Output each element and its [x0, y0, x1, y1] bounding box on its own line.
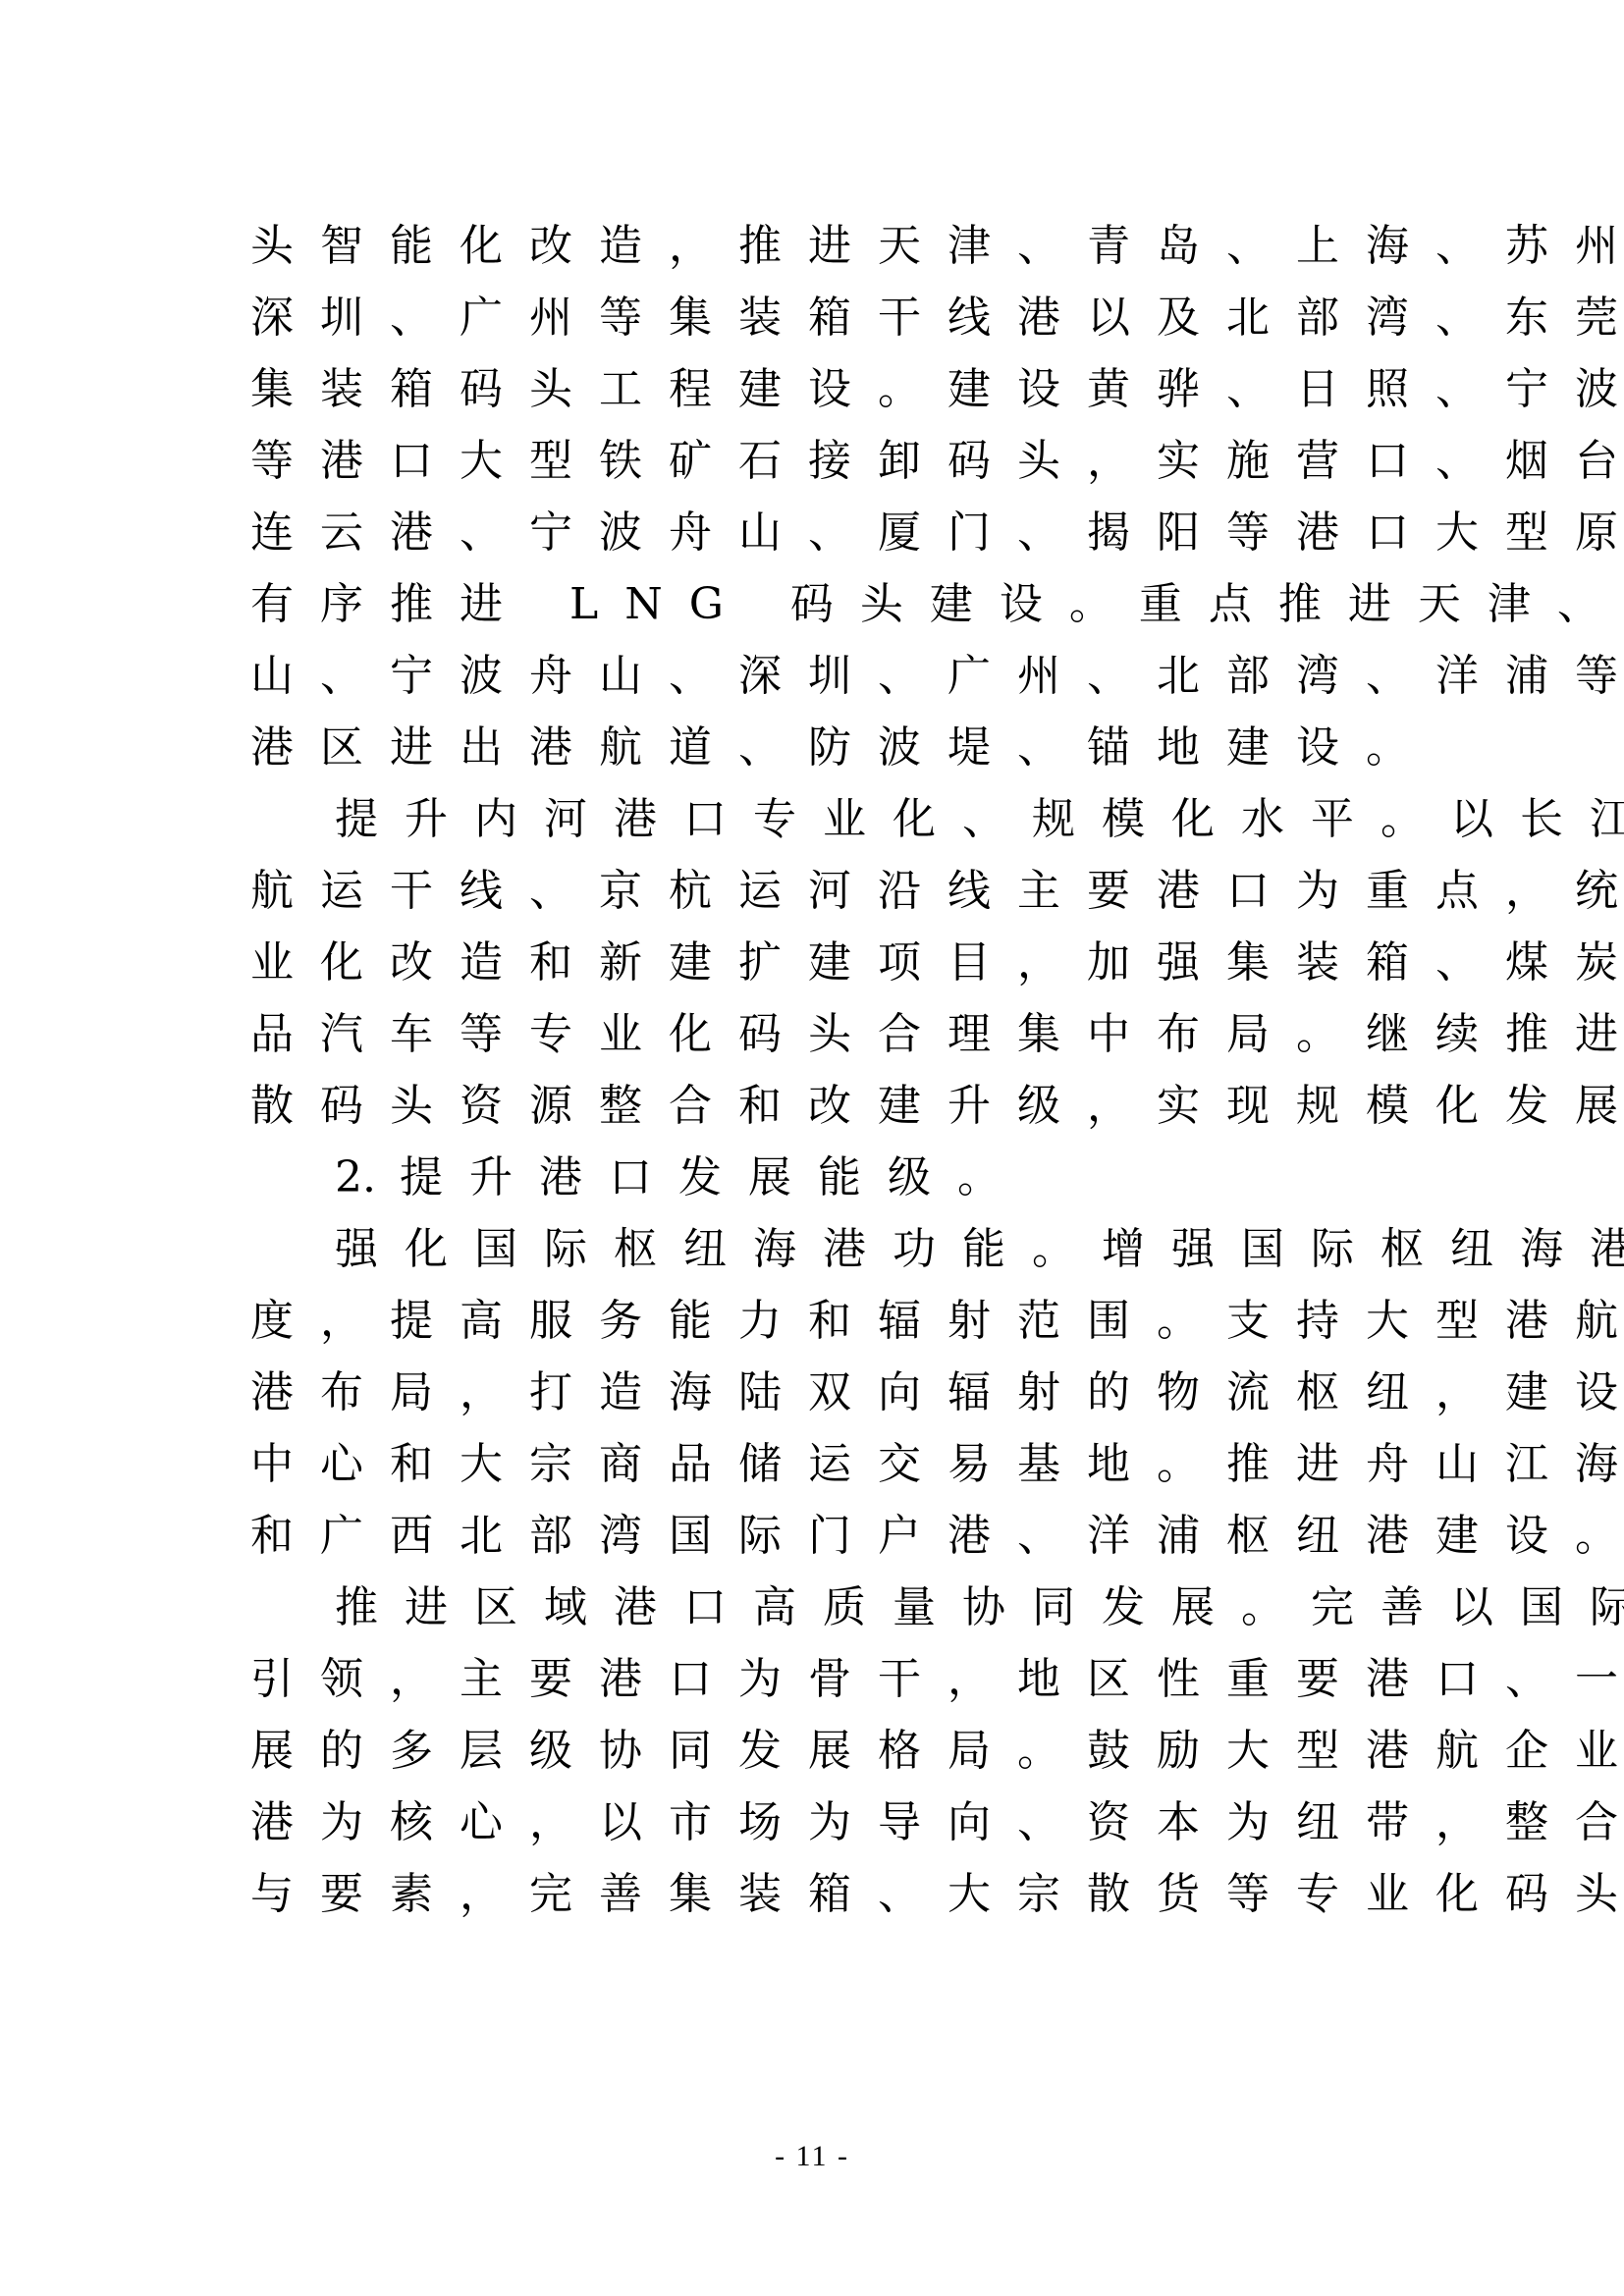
text-line: 度，提高服务能力和辐射范围。支持大型港航企业优化内陆	[250, 1285, 1380, 1357]
text-line: 与要素，完善集装箱、大宗散货等专业化码头服务网络，促	[250, 1858, 1380, 1930]
paragraph-start-line: 提升内河港口专业化、规模化水平。以长江干线、西江	[250, 783, 1380, 855]
text-line: 头智能化改造，推进天津、青岛、上海、苏州、宁波舟山、	[250, 210, 1380, 282]
text-line: 和广西北部湾国际门户港、洋浦枢纽港建设。	[250, 1500, 1380, 1572]
text-line: 港布局，打造海陆双向辐射的物流枢纽，建设国际商品集散	[250, 1357, 1380, 1428]
section-heading: 2.提升港口发展能级。	[250, 1142, 1380, 1213]
text-line: 集装箱码头工程建设。建设黄骅、日照、宁波舟山、北部湾	[250, 353, 1380, 425]
paragraph-start-line: 强化国际枢纽海港功能。增强国际枢纽海港航线联通	[250, 1213, 1380, 1285]
text-line: 航运干线、京杭运河沿线主要港口为重点，统筹既有码头专	[250, 855, 1380, 927]
text-line: 港为核心，以市场为导向、资本为纽带，整合相关港航资源	[250, 1787, 1380, 1858]
text-line: 中心和大宗商品储运交易基地。推进舟山江海联运服务中心	[250, 1428, 1380, 1500]
paragraph-start-line: 推进区域港口高质量协同发展。完善以国际枢纽海港为	[250, 1572, 1380, 1643]
text-line: 山、宁波舟山、深圳、广州、北部湾、洋浦等沿海港口重要	[250, 640, 1380, 712]
section-heading-text: 提升港口发展能级。	[400, 1152, 1027, 1202]
text-line: 有序推进 LNG 码头建设。重点推进天津、日照、南通、洋	[250, 568, 1380, 640]
text-line: 深圳、广州等集装箱干线港以及北部湾、东莞、洋浦等港口	[250, 282, 1380, 353]
text-line: 引领，主要港口为骨干，地区性重要港口、一般港口相应发	[250, 1643, 1380, 1715]
text-line: 品汽车等专业化码头合理集中布局。继续推进内河港口老小	[250, 998, 1380, 1070]
page-number: - 11 -	[0, 2140, 1624, 2173]
text-line: 港区进出港航道、防波堤、锚地建设。	[250, 712, 1380, 783]
section-number: 2.	[335, 1152, 376, 1202]
text-line: 展的多层级协同发展格局。鼓励大型港航企业以国际枢纽海	[250, 1715, 1380, 1787]
text-line: 散码头资源整合和改建升级，实现规模化发展。	[250, 1070, 1380, 1142]
text-line: 连云港、宁波舟山、厦门、揭阳等港口大型原油码头工程，	[250, 497, 1380, 568]
document-body: 头智能化改造，推进天津、青岛、上海、苏州、宁波舟山、 深圳、广州等集装箱干线港以…	[250, 210, 1380, 1930]
text-line: 业化改造和新建扩建项目，加强集装箱、煤炭、铁矿石、商	[250, 927, 1380, 998]
text-line: 等港口大型铁矿石接卸码头，实施营口、烟台、青岛、日照、	[250, 425, 1380, 497]
